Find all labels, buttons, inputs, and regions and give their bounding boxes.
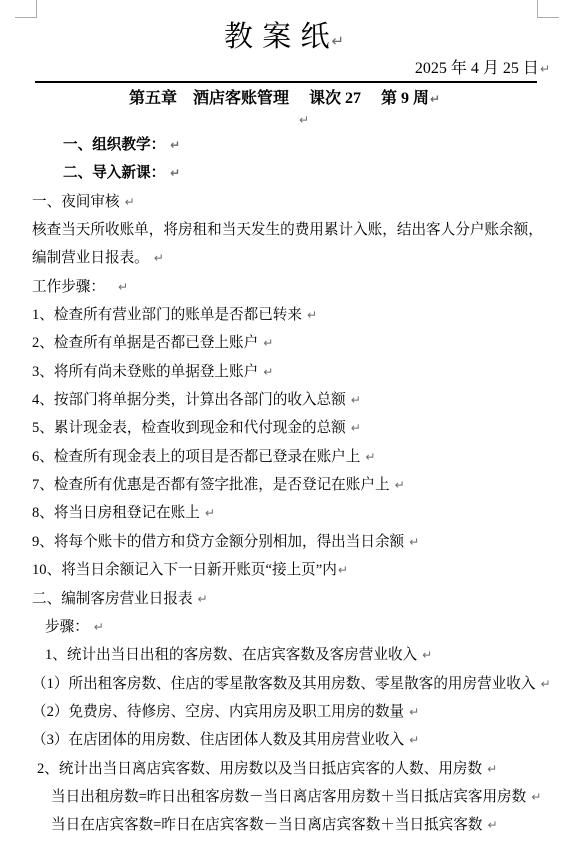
paragraph-text: 5、累计现金表，检查收到现金和代付现金的总额 xyxy=(32,420,346,436)
document-body: 一、组织教学：↵ 二、导入新课：↵ 一、夜间审核↵ 核查当天所收账单，将房租和当… xyxy=(32,131,562,840)
paragraph-mark-icon: ↵ xyxy=(409,733,419,747)
document-title: 教 案 纸↵ xyxy=(32,21,537,57)
paragraph-text: 1、检查所有营业部门的账单是否都已转来 xyxy=(32,307,302,323)
list-item: 1、统计出当日出租的客房数、在店宾客数及客房营业收入↵ xyxy=(32,641,562,669)
paragraph-mark-icon: ↵ xyxy=(299,113,309,127)
paragraph-text: 步骤： xyxy=(45,619,89,635)
paragraph-mark-icon: ↵ xyxy=(170,138,180,152)
paragraph-mark-icon: ↵ xyxy=(395,478,405,492)
chapter-heading: 第五章 酒店客账管理 课次 27 第 9 周↵ xyxy=(32,90,537,108)
paragraph-text: （1）所出租客房数、住店的零星散客数及其用房数、零星散客的用房营业收入 xyxy=(32,676,536,692)
document-page: 教 案 纸↵ 2025 年 4 月 25 日↵ 第五章 酒店客账管理 课次 27… xyxy=(0,0,587,851)
margin-crop-mark-top-left-horizontal xyxy=(15,17,37,18)
paragraph-text: 1、统计出当日出租的客房数、在店宾客数及客房营业收入 xyxy=(45,647,417,663)
formula-line: 当日在店宾客数=昨日在店宾客数－当日离店宾客数＋当日抵宾客数↵ xyxy=(32,811,562,839)
list-item: 4、按部门将单据分类，计算出各部门的收入总额↵ xyxy=(32,386,562,414)
empty-paragraph: ↵ xyxy=(298,111,309,129)
margin-crop-mark-top-right-vertical xyxy=(537,0,538,17)
document-date-text: 2025 年 4 月 25 日 xyxy=(415,60,539,77)
paragraph-text: 2、统计出当日离店宾客数、用房数以及当日抵店宾客的人数、用房数 xyxy=(37,761,482,777)
paragraph-text: 8、将当日房租登记在账上 xyxy=(32,505,200,521)
paragraph-text: 4、按部门将单据分类，计算出各部门的收入总额 xyxy=(32,392,346,408)
paragraph-text: 10、将当日余额记入下一日新开账页“接上页”内 xyxy=(32,562,337,578)
paragraph-text: 2、检查所有单据是否都已登上账户 xyxy=(32,335,258,351)
body-line-steps: 步骤：↵ xyxy=(32,613,562,641)
paragraph-mark-icon: ↵ xyxy=(205,506,215,520)
paragraph-text: 一、夜间审核 xyxy=(32,194,120,210)
paragraph-mark-icon: ↵ xyxy=(198,592,208,606)
paragraph-mark-icon: ↵ xyxy=(487,818,497,832)
paragraph-text: （3）在店团体的用房数、住店团体人数及其用房营业收入 xyxy=(32,732,404,748)
list-item: 1、检查所有营业部门的账单是否都已转来↵ xyxy=(32,301,562,329)
paragraph-mark-icon: ↵ xyxy=(331,32,345,50)
paragraph-mark-icon: ↵ xyxy=(409,705,419,719)
document-date: 2025 年 4 月 25 日↵ xyxy=(415,60,550,78)
paragraph-mark-icon: ↵ xyxy=(409,535,419,549)
paragraph-mark-icon: ↵ xyxy=(541,677,551,691)
list-item: 6、检查所有现金表上的项目是否都已登录在账户上↵ xyxy=(32,443,562,471)
list-item: （1）所出租客房数、住店的零星散客数及其用房数、零星散客的用房营业收入↵ xyxy=(32,670,562,698)
list-item: 2、统计出当日离店宾客数、用房数以及当日抵店宾客的人数、用房数↵ xyxy=(32,755,562,783)
document-title-text: 教 案 纸 xyxy=(224,21,331,53)
topic-heading-night-audit: 一、夜间审核↵ xyxy=(32,188,562,216)
paragraph-mark-icon: ↵ xyxy=(351,393,361,407)
body-line: 核查当天所收账单，将房租和当天发生的费用累计入账，结出客人分户账余额， xyxy=(32,216,562,244)
paragraph-mark-icon: ↵ xyxy=(263,365,273,379)
paragraph-mark-icon: ↵ xyxy=(338,563,348,577)
paragraph-mark-icon: ↵ xyxy=(154,251,164,265)
paragraph-text: 二、导入新课： xyxy=(63,165,165,181)
paragraph-mark-icon: ↵ xyxy=(170,166,180,180)
list-item: （2）免费房、待修房、空房、内宾用房及职工用房的数量↵ xyxy=(32,698,562,726)
paragraph-text: 一、组织教学： xyxy=(63,137,165,153)
paragraph-text: 当日在店宾客数=昨日在店宾客数－当日离店宾客数＋当日抵宾客数 xyxy=(51,817,482,833)
paragraph-mark-icon: ↵ xyxy=(430,92,440,106)
chapter-heading-text: 第五章 酒店客账管理 课次 27 第 9 周 xyxy=(129,90,429,107)
paragraph-text: 编制营业日报表。 xyxy=(32,250,149,266)
list-item: 9、将每个账卡的借方和贷方金额分别相加，得出当日余额↵ xyxy=(32,528,562,556)
body-line: 编制营业日报表。↵ xyxy=(32,244,562,272)
paragraph-mark-icon: ↵ xyxy=(487,762,497,776)
paragraph-text: 9、将每个账卡的借方和贷方金额分别相加，得出当日余额 xyxy=(32,534,404,550)
paragraph-mark-icon: ↵ xyxy=(365,450,375,464)
paragraph-text: 6、检查所有现金表上的项目是否都已登录在账户上 xyxy=(32,449,360,465)
section-heading-org-teaching: 一、组织教学：↵ xyxy=(32,131,562,159)
list-item: 3、将所有尚未登账的单据登上账户↵ xyxy=(32,358,562,386)
section-heading-lead-in: 二、导入新课：↵ xyxy=(32,159,562,187)
list-item: 7、检查所有优惠是否都有签字批准，是否登记在账户上↵ xyxy=(32,471,562,499)
topic-heading-daily-report: 二、编制客房营业日报表↵ xyxy=(32,585,562,613)
paragraph-mark-icon: ↵ xyxy=(531,790,541,804)
header-divider xyxy=(35,81,537,83)
paragraph-mark-icon: ↵ xyxy=(422,648,432,662)
paragraph-mark-icon: ↵ xyxy=(351,421,361,435)
paragraph-mark-icon: ↵ xyxy=(263,336,273,350)
body-line-work-steps: 工作步骤：↵ xyxy=(32,273,562,301)
paragraph-text: 3、将所有尚未登账的单据登上账户 xyxy=(32,364,258,380)
margin-crop-mark-top-right-horizontal xyxy=(537,17,559,18)
paragraph-text: 二、编制客房营业日报表 xyxy=(32,591,193,607)
paragraph-text: 工作步骤： xyxy=(32,279,105,295)
margin-crop-mark-top-left-vertical xyxy=(36,0,37,17)
list-item: 2、检查所有单据是否都已登上账户↵ xyxy=(32,329,562,357)
list-item: （3）在店团体的用房数、住店团体人数及其用房营业收入↵ xyxy=(32,726,562,754)
list-item: 10、将当日余额记入下一日新开账页“接上页”内↵ xyxy=(32,556,562,584)
paragraph-mark-icon: ↵ xyxy=(94,620,104,634)
paragraph-mark-icon: ↵ xyxy=(307,308,317,322)
list-item: 8、将当日房租登记在账上↵ xyxy=(32,499,562,527)
paragraph-mark-icon: ↵ xyxy=(125,195,135,209)
paragraph-text: 核查当天所收账单，将房租和当天发生的费用累计入账，结出客人分户账余额， xyxy=(32,222,543,238)
paragraph-text: （2）免费房、待修房、空房、内宾用房及职工用房的数量 xyxy=(32,704,404,720)
paragraph-text: 当日出租房数=昨日出租客房数－当日离店客用房数＋当日抵店宾客用房数 xyxy=(51,789,526,805)
paragraph-mark-icon: ↵ xyxy=(540,62,550,76)
paragraph-mark-icon: ↵ xyxy=(118,280,128,294)
formula-line: 当日出租房数=昨日出租客房数－当日离店客用房数＋当日抵店宾客用房数↵ xyxy=(32,783,562,811)
list-item: 5、累计现金表，检查收到现金和代付现金的总额↵ xyxy=(32,414,562,442)
paragraph-text: 7、检查所有优惠是否都有签字批准，是否登记在账户上 xyxy=(32,477,390,493)
